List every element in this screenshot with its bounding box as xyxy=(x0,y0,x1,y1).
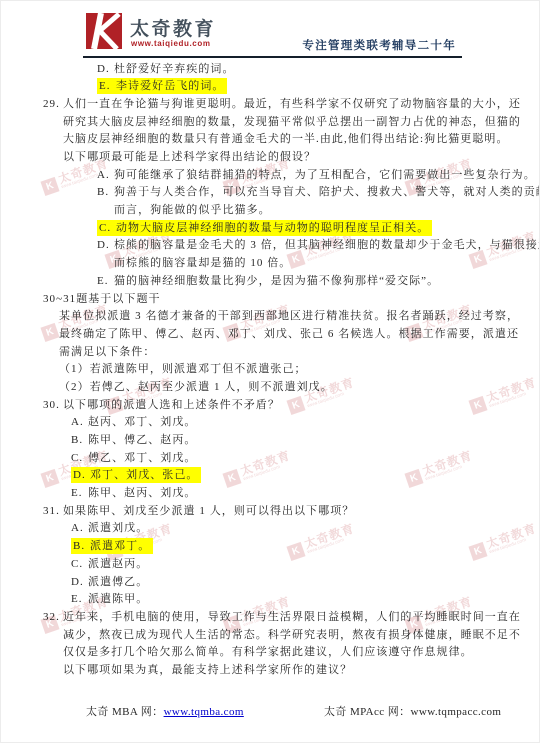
line-text: 而言，狗能做的似乎比猫多。 xyxy=(114,204,271,216)
footer-mba-label: 太奇 MBA 网： xyxy=(86,706,164,718)
line-label: D. xyxy=(97,237,114,255)
line-text: 杜舒爱好辛弃疾的词。 xyxy=(114,63,235,75)
line-text: 近年来，手机电脑的使用，导致工作与生活界限日益模糊，人们的平均睡眠时间一直在 xyxy=(63,611,521,623)
line-text: 而棕熊的脑容量却是猫的 10 倍。 xyxy=(114,257,291,269)
line-label: 30. xyxy=(43,397,63,415)
line-text: 需满足以下条件： xyxy=(59,346,155,358)
line-label: E. xyxy=(71,591,88,609)
doc-line: 最终确定了陈甲、傅乙、赵丙、邓丁、刘戊、张己 6 名候选人。根据工作需要，派遣还 xyxy=(1,326,540,344)
doc-line: E.猫的脑神经细胞数量比狗少，是因为猫不像狗那样“爱交际”。 xyxy=(1,273,540,291)
doc-line: 而棕熊的脑容量却是猫的 10 倍。 xyxy=(1,255,540,273)
doc-line: （1）若派遣陈甲，则派遣邓丁但不派遣张己； xyxy=(1,361,540,379)
line-text: 猫的脑神经细胞数量比狗少，是因为猫不像狗那样“爱交际”。 xyxy=(114,275,439,287)
document-body: D.杜舒爱好辛弃疾的词。E.李诗爱好岳飞的词。29.人们一直在争论猫与狗谁更聪明… xyxy=(1,61,540,680)
doc-line: 32.近年来，手机电脑的使用，导致工作与生活界限日益模糊，人们的平均睡眠时间一直… xyxy=(1,609,540,627)
line-text: 动物大脑皮层神经细胞的数量与动物的聪明程度呈正相关。 xyxy=(116,222,429,234)
doc-line: B.派遣邓丁。 xyxy=(1,538,540,556)
doc-line: （2）若傅乙、赵丙至少派遣 1 人，则不派遣刘戊。 xyxy=(1,379,540,397)
line-label: 32. xyxy=(43,609,63,627)
line-label: C. xyxy=(99,220,116,238)
line-label: E. xyxy=(97,273,114,291)
doc-line: D.棕熊的脑容量是金毛犬的 3 倍，但其脑神经细胞的数量却少于金毛犬，与猫很接近… xyxy=(1,237,540,255)
doc-line: 减少，熬夜已成为现代人生活的常态。科学研究表明，熬夜有损身体健康，睡眠不足不 xyxy=(1,627,540,645)
doc-line: 30.以下哪项的派遣人选和上述条件不矛盾？ xyxy=(1,397,540,415)
line-text: 赵丙、邓丁、刘戊。 xyxy=(88,416,196,428)
line-label: A. xyxy=(71,520,88,538)
line-label: A. xyxy=(71,414,88,432)
line-label: C. xyxy=(71,556,88,574)
doc-line: 以下哪项最可能是上述科学家得出结论的假设？ xyxy=(1,149,540,167)
line-text: 以下哪项最可能是上述科学家得出结论的假设？ xyxy=(63,151,316,163)
line-text: 以下哪项的派遣人选和上述条件不矛盾？ xyxy=(63,399,280,411)
doc-line: A.赵丙、邓丁、刘戊。 xyxy=(1,414,540,432)
line-text: 狗善于与人类合作，可以充当导盲犬、陪护犬、搜救犬、警犬等，就对人类的贡献 xyxy=(114,186,540,198)
line-label: B. xyxy=(73,538,90,556)
doc-line: C.派遣赵丙。 xyxy=(1,556,540,574)
line-label: A. xyxy=(97,167,114,185)
line-label: 29. xyxy=(43,96,63,114)
line-text: 李诗爱好岳飞的词。 xyxy=(116,80,224,92)
doc-line: E.李诗爱好岳飞的词。 xyxy=(1,78,540,96)
line-label: D. xyxy=(71,574,88,592)
line-text: 研究其大脑皮层神经细胞的数量，发现猫平常似乎总摆出一副智力占优的神态，但猫的 xyxy=(63,116,521,128)
brand-name: 太奇教育 xyxy=(130,14,216,41)
line-label: 31. xyxy=(43,503,63,521)
line-text: 某单位拟派遣 3 名德才兼备的干部到西部地区进行精准扶贫。报名者踊跃，经过考察， xyxy=(59,310,519,322)
line-label: 30~31 xyxy=(43,291,76,309)
line-text: 傅乙、邓丁、刘戊。 xyxy=(88,452,196,464)
doc-line: 仅仅是多打几个哈欠那么简单。有科学家据此建议，人们应该遵守作息规律。 xyxy=(1,644,540,662)
doc-line: A.狗可能继承了狼结群捕猎的特点，为了互相配合，它们需要做出一些复杂行为。 xyxy=(1,167,540,185)
footer-mpacc: 太奇 MPAcc 网：www.tqmpacc.com xyxy=(324,703,501,719)
line-text: 仅仅是多打几个哈欠那么简单。有科学家据此建议，人们应该遵守作息规律。 xyxy=(63,646,473,658)
doc-line: D.邓丁、刘戊、张己。 xyxy=(1,467,540,485)
taiqi-k-logo-icon xyxy=(86,13,122,49)
line-text: 减少，熬夜已成为现代人生活的常态。科学研究表明，熬夜有损身体健康，睡眠不足不 xyxy=(63,629,521,641)
line-text: 派遣傅乙。 xyxy=(88,576,148,588)
footer-mba-link[interactable]: www.tqmba.com xyxy=(164,706,244,718)
doc-line: C.动物大脑皮层神经细胞的数量与动物的聪明程度呈正相关。 xyxy=(1,220,540,238)
answer-highlight: B.派遣邓丁。 xyxy=(71,538,153,554)
doc-line: 需满足以下条件： xyxy=(1,344,540,362)
line-text: 派遣邓丁。 xyxy=(90,540,150,552)
line-label: C. xyxy=(71,450,88,468)
brand-website: www.taiqiedu.com xyxy=(131,39,211,48)
line-label: B. xyxy=(97,184,114,202)
doc-line: B.狗善于与人类合作，可以充当导盲犬、陪护犬、搜救犬、警犬等，就对人类的贡献 xyxy=(1,184,540,202)
line-text: 陈甲、傅乙、赵丙。 xyxy=(88,434,196,446)
line-text: 棕熊的脑容量是金毛犬的 3 倍，但其脑神经细胞的数量却少于金毛犬，与猫很接近， xyxy=(114,239,540,251)
line-text: 大脑皮层神经细胞的数量只有普通金毛犬的一半.由此,他们得出结论:狗比猫更聪明。 xyxy=(63,133,509,145)
doc-line: 以下哪项如果为真，最能支持上述科学家所作的建议？ xyxy=(1,662,540,680)
doc-line: 29.人们一直在争论猫与狗谁更聪明。最近，有些科学家不仅研究了动物脑容量的大小，… xyxy=(1,96,540,114)
footer-mpacc-label: 太奇 MPAcc 网： xyxy=(324,706,411,718)
document-page: K太奇教育www.taiqiedu.comK太奇教育www.taiqiedu.c… xyxy=(0,0,540,743)
header-rule xyxy=(83,56,462,58)
doc-line: B.陈甲、傅乙、赵丙。 xyxy=(1,432,540,450)
doc-line: 31.如果陈甲、刘戊至少派遣 1 人，则可以得出以下哪项？ xyxy=(1,503,540,521)
line-label: D. xyxy=(73,467,90,485)
line-text: 派遣赵丙。 xyxy=(88,558,148,570)
doc-line: 研究其大脑皮层神经细胞的数量，发现猫平常似乎总摆出一副智力占优的神态，但猫的 xyxy=(1,114,540,132)
line-text: 以下哪项如果为真，最能支持上述科学家所作的建议？ xyxy=(63,664,352,676)
doc-line: 某单位拟派遣 3 名德才兼备的干部到西部地区进行精准扶贫。报名者踊跃，经过考察， xyxy=(1,308,540,326)
line-text: 人们一直在争论猫与狗谁更聪明。最近，有些科学家不仅研究了动物脑容量的大小，还 xyxy=(63,98,521,110)
answer-highlight: C.动物大脑皮层神经细胞的数量与动物的聪明程度呈正相关。 xyxy=(97,220,432,236)
line-text: 最终确定了陈甲、傅乙、赵丙、邓丁、刘戊、张己 6 名候选人。根据工作需要，派遣还 xyxy=(59,328,519,340)
doc-line: C.傅乙、邓丁、刘戊。 xyxy=(1,450,540,468)
line-text: 如果陈甲、刘戊至少派遣 1 人，则可以得出以下哪项？ xyxy=(63,505,354,517)
line-label: E. xyxy=(71,485,88,503)
line-text: 派遣刘戊。 xyxy=(88,522,148,534)
doc-line: A.派遣刘戊。 xyxy=(1,520,540,538)
line-text: 狗可能继承了狼结群捕猎的特点，为了互相配合，它们需要做出一些复杂行为。 xyxy=(114,169,536,181)
doc-line: E.派遣陈甲。 xyxy=(1,591,540,609)
line-text: 邓丁、刘戊、张己。 xyxy=(90,469,198,481)
answer-highlight: E.李诗爱好岳飞的词。 xyxy=(97,78,227,94)
footer-mba: 太奇 MBA 网：www.tqmba.com xyxy=(86,703,244,719)
line-label: D. xyxy=(97,61,114,79)
line-label: E. xyxy=(99,78,116,96)
doc-line: 而言，狗能做的似乎比猫多。 xyxy=(1,202,540,220)
line-text: （2）若傅乙、赵丙至少派遣 1 人，则不派遣刘戊。 xyxy=(59,381,333,393)
doc-line: E.陈甲、赵丙、刘戊。 xyxy=(1,485,540,503)
doc-line: D.派遣傅乙。 xyxy=(1,574,540,592)
line-label: B. xyxy=(71,432,88,450)
line-text: 题基于以下题干 xyxy=(76,293,160,305)
line-text: 陈甲、赵丙、刘戊。 xyxy=(88,487,196,499)
line-text: 派遣陈甲。 xyxy=(88,593,148,605)
doc-line: 30~31题基于以下题干 xyxy=(1,291,540,309)
footer-mpacc-site: www.tqmpacc.com xyxy=(411,706,502,718)
doc-line: D.杜舒爱好辛弃疾的词。 xyxy=(1,61,540,79)
doc-line: 大脑皮层神经细胞的数量只有普通金毛犬的一半.由此,他们得出结论:狗比猫更聪明。 xyxy=(1,131,540,149)
line-text: （1）若派遣陈甲，则派遣邓丁但不派遣张己； xyxy=(59,363,307,375)
header-tagline: 专注管理类联考辅导二十年 xyxy=(302,37,456,53)
answer-highlight: D.邓丁、刘戊、张己。 xyxy=(71,467,201,483)
